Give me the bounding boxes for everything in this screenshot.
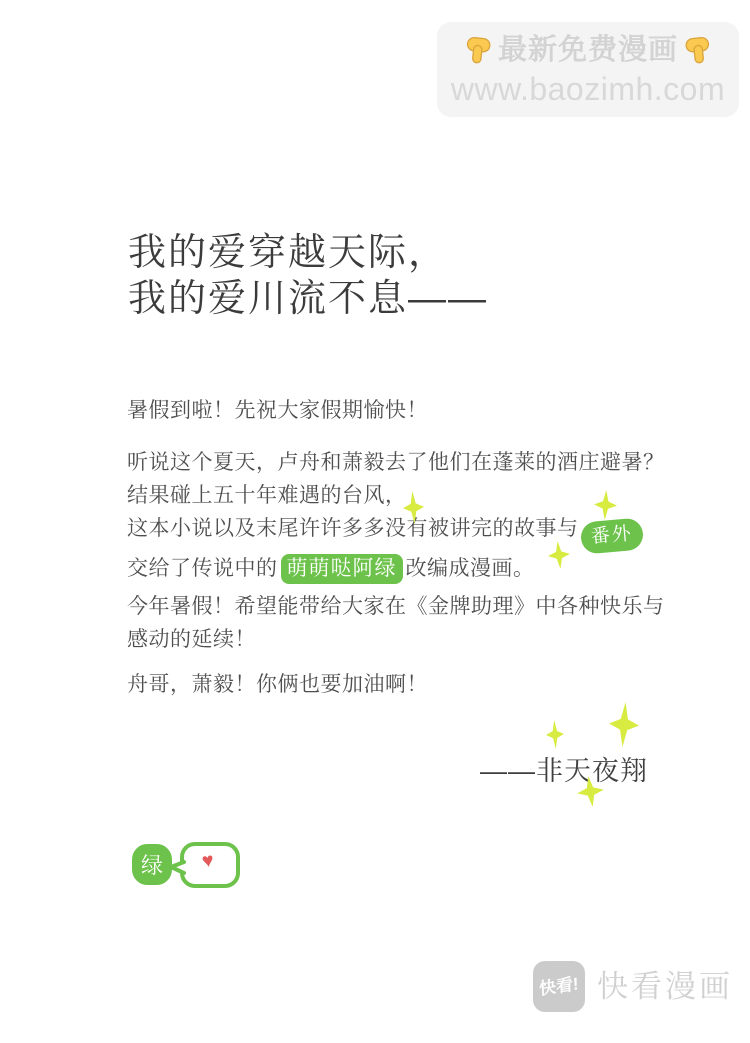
letter-paragraph-1: 暑假到啦！先祝大家假期愉快！ (127, 394, 428, 427)
line-text: 这本小说以及末尾许许多多没有被讲完的故事与 (127, 517, 579, 540)
pointing-down-hand-icon (462, 34, 495, 67)
letter-paragraph-4: 舟哥，萧毅！你俩也要加油啊！ (127, 668, 428, 701)
paragraph-line: 这本小说以及末尾许许多多没有被讲完的故事与番外 (127, 512, 665, 552)
kuaikan-logo-icon: 快看! (533, 961, 585, 1012)
site-watermark: 最新免费漫画 www.baozimh.com (437, 22, 739, 117)
paragraph-line: 感动的延续！ (127, 623, 665, 656)
paragraph-line: 听说这个夏天，卢舟和萧毅去了他们在蓬莱的酒庄避暑？ (127, 446, 665, 479)
pointing-down-hand-icon (681, 34, 714, 67)
paragraph-line: 结果碰上五十年难遇的台风， (127, 479, 665, 512)
title-line-1: 我的爱穿越天际， (128, 230, 488, 276)
sparkle-icon (545, 720, 564, 750)
watermark-headline: 最新免费漫画 (462, 34, 714, 67)
comic-afterword-page: 最新免费漫画 www.baozimh.com 我的爱穿越天际， 我的爱川流不息—… (0, 0, 750, 1043)
sparkle-icon (607, 701, 640, 748)
artist-name-highlight: 萌萌哒阿绿 (281, 554, 403, 584)
page-title: 我的爱穿越天际， 我的爱川流不息—— (128, 230, 488, 322)
letter-paragraph-3: 今年暑假！希望能带给大家在《金牌助理》中各种快乐与 感动的延续！ (127, 590, 665, 656)
heart-icon: ♥ (201, 850, 216, 871)
line-text: 交给了传说中的 (127, 557, 278, 580)
paragraph-line: 今年暑假！希望能带给大家在《金牌助理》中各种快乐与 (127, 590, 665, 623)
kuaikan-brand-text: 快看漫画 (597, 971, 733, 1002)
speech-bubble: ♥ (166, 840, 242, 890)
kuaikan-logo-text: 快看! (539, 975, 579, 998)
paragraph-line: 交给了传说中的萌萌哒阿绿改编成漫画。 (127, 552, 665, 585)
watermark-title-text: 最新免费漫画 (498, 36, 678, 65)
title-line-2: 我的爱川流不息—— (128, 276, 488, 322)
line-text: 改编成漫画。 (406, 557, 535, 580)
watermark-url: www.baozimh.com (451, 73, 725, 105)
author-signature: ——非天夜翔 (480, 749, 648, 788)
kuaikan-watermark: 快看! 快看漫画 (533, 961, 733, 1012)
letter-paragraph-2: 听说这个夏天，卢舟和萧毅去了他们在蓬莱的酒庄避暑？ 结果碰上五十年难遇的台风， … (127, 446, 665, 585)
extra-chapter-badge: 番外 (579, 517, 644, 554)
